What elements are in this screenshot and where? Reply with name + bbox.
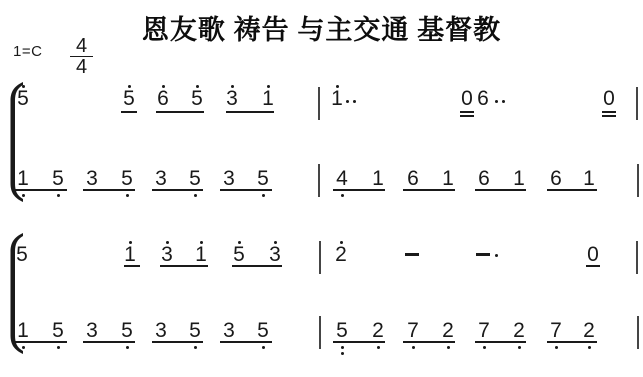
octave-dot-above [129,241,132,244]
octave-dot-below [22,194,25,197]
beam-underline [83,189,135,191]
note-digit: 5 [189,320,201,341]
octave-dot-below [262,346,265,349]
beam-underline [226,111,274,113]
note-digit: 3 [226,88,238,109]
note-digit: 2 [442,320,454,341]
octave-dot-below [588,346,591,349]
octave-dot-below [341,346,344,349]
note-digit: 2 [372,320,384,341]
note-digit: 2 [335,244,347,265]
barline [637,316,639,349]
beam-underline [121,111,137,113]
beam-underline [403,189,455,191]
beam-underline [220,341,272,343]
note-digit: 6 [407,168,419,189]
note-digit: 4 [336,168,348,189]
note-digit: 5 [257,320,269,341]
note-digit: 0 [587,244,599,265]
augmentation-dot [353,100,356,103]
note-digit: 2 [583,320,595,341]
barline [319,316,321,349]
octave-dot-above [274,241,277,244]
note-digit: 1 [262,88,274,109]
note-digit: 3 [155,168,167,189]
octave-dot-above [336,85,339,88]
octave-dot-below [57,194,60,197]
augmentation-dot [346,100,349,103]
beam-underline [15,341,67,343]
note-digit: 6 [550,168,562,189]
note-digit: 1 [372,168,384,189]
note-digit: 1 [513,168,525,189]
note-digit: 5 [16,244,28,265]
beam-underline [232,265,282,267]
sheet-music-page: 恩友歌 祷告 与主交通 基督教 1=C 4 4 5565311060153535… [0,0,643,377]
octave-dot-above [267,85,270,88]
note-digit: 5 [17,88,29,109]
octave-dot-below [262,194,265,197]
note-digit: 5 [257,168,269,189]
octave-dot-below [126,346,129,349]
octave-dot-above [162,85,165,88]
note-digit: 1 [124,244,136,265]
beam-underline [15,189,67,191]
octave-dot-below [483,346,486,349]
note-digit: 3 [223,320,235,341]
barline [636,241,638,274]
beam-underline [602,111,616,113]
octave-dot-below [341,194,344,197]
dash-note [476,253,490,256]
beam-underline [403,341,455,343]
octave-dot-above [231,85,234,88]
note-digit: 7 [550,320,562,341]
beam-underline [602,115,616,117]
beam-underline [220,189,272,191]
octave-dot-above [22,85,25,88]
note-digit: 1 [442,168,454,189]
note-digit: 3 [86,320,98,341]
octave-dot-below [518,346,521,349]
beam-underline [460,111,474,113]
note-digit: 5 [52,320,64,341]
note-digit: 5 [121,320,133,341]
octave-dot-below [22,346,25,349]
beam-underline [160,265,208,267]
dash-note [405,253,419,256]
note-digit: 3 [155,320,167,341]
octave-dot-below [555,346,558,349]
note-digit: 3 [223,168,235,189]
note-digit: 5 [189,168,201,189]
beam-underline [460,115,474,117]
note-digit: 5 [336,320,348,341]
barline [319,241,321,274]
note-digit: 5 [121,168,133,189]
beam-underline [475,341,526,343]
note-digit: 7 [478,320,490,341]
octave-dot-below [57,346,60,349]
octave-dot-below [377,346,380,349]
note-digit: 1 [331,88,343,109]
octave-dot-above [166,241,169,244]
octave-dot-above [340,241,343,244]
beam-underline [152,341,203,343]
note-digit: 1 [583,168,595,189]
note-digit: 3 [86,168,98,189]
beam-underline [83,341,135,343]
beam-underline [475,189,526,191]
note-digit: 7 [407,320,419,341]
barline [318,87,320,120]
beam-underline [333,341,385,343]
beam-underline [586,265,600,267]
octave-dot-below [447,346,450,349]
octave-dot-below [194,346,197,349]
octave-dot-above [128,85,131,88]
barline [636,87,638,120]
barline [637,164,639,197]
note-digit: 1 [195,244,207,265]
note-digit: 5 [191,88,203,109]
beam-underline [124,265,140,267]
beam-underline [547,189,597,191]
augmentation-dot [502,100,505,103]
octave-dot-above [200,241,203,244]
octave-dot-above [238,241,241,244]
note-digit: 0 [603,88,615,109]
beam-underline [152,189,203,191]
note-digit: 6 [157,88,169,109]
augmentation-dot [495,100,498,103]
note-digit: 2 [513,320,525,341]
augmentation-dot [495,254,498,257]
note-digit: 5 [233,244,245,265]
note-digit: 0 [461,88,473,109]
beam-underline [333,189,385,191]
octave-dot-below [194,194,197,197]
barline [318,164,320,197]
beam-underline [156,111,204,113]
note-digit: 6 [478,168,490,189]
beam-underline [547,341,597,343]
note-digit: 5 [123,88,135,109]
note-digit: 1 [17,320,29,341]
note-digit: 3 [269,244,281,265]
note-digit: 5 [52,168,64,189]
note-digit: 1 [17,168,29,189]
note-digit: 6 [477,88,489,109]
score-canvas: 5565311060153535354161616151315320153535… [0,0,643,377]
octave-dot-below [412,346,415,349]
octave-dot-above [196,85,199,88]
octave-dot-below [341,352,344,355]
octave-dot-below [126,194,129,197]
note-digit: 3 [161,244,173,265]
